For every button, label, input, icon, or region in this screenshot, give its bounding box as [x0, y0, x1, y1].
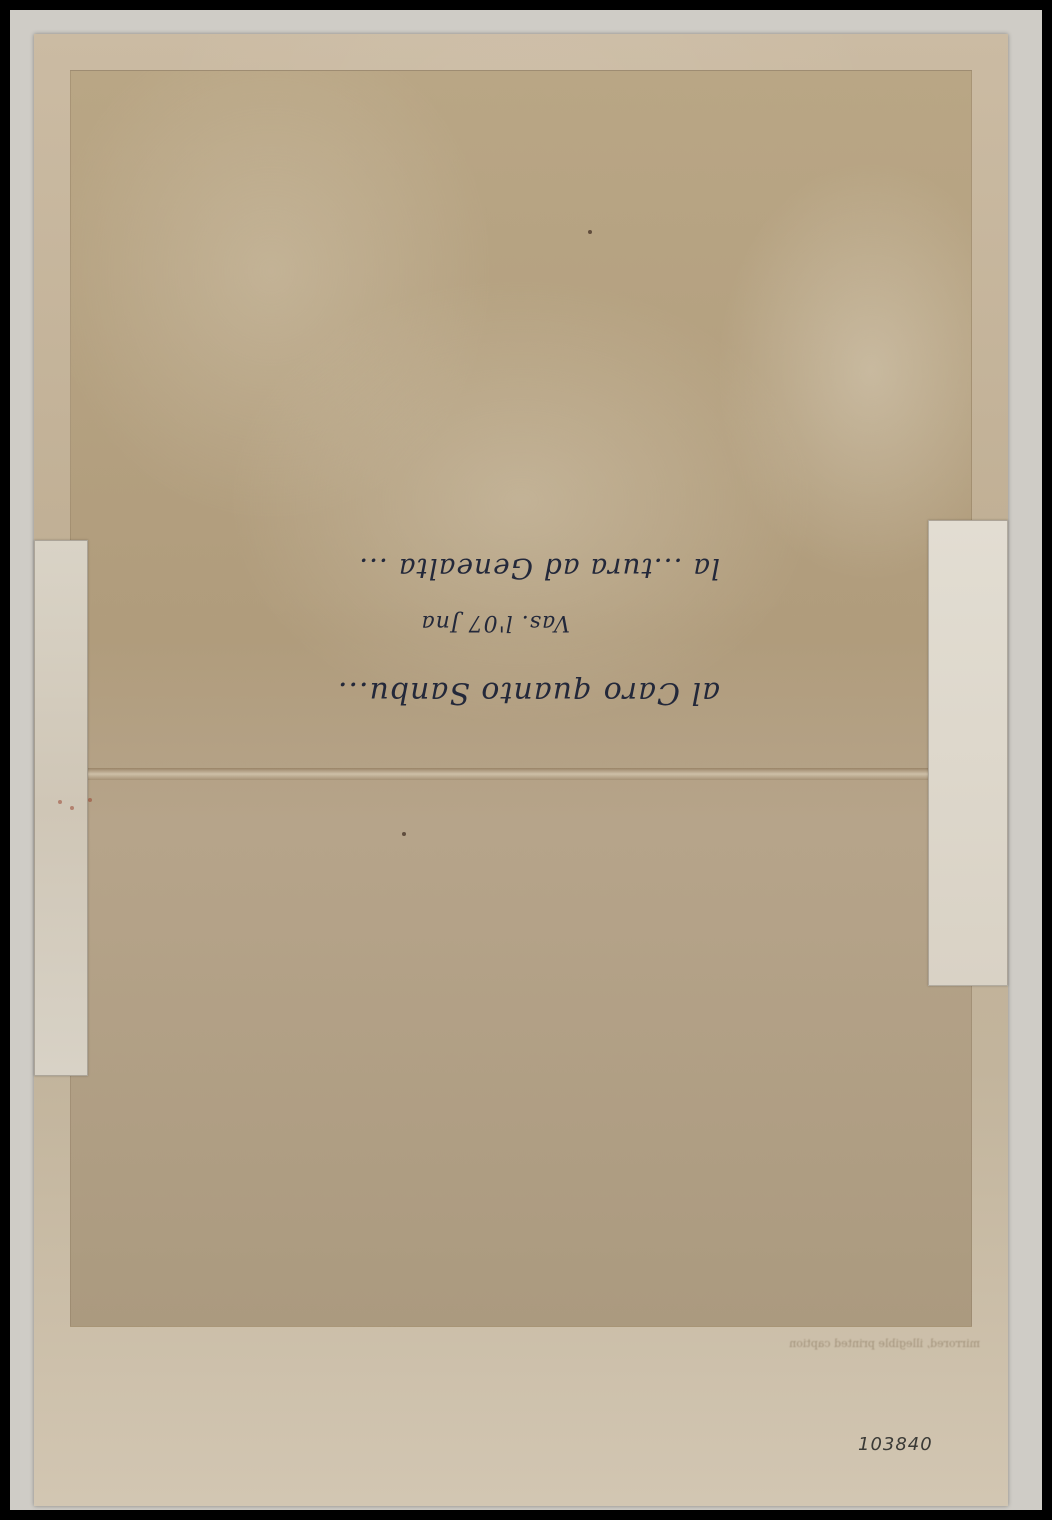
right-hinge-strip — [928, 520, 1008, 986]
inscription-line: la ...tura ad Genealta ... — [358, 552, 720, 585]
ink-dot — [402, 832, 406, 836]
inscription-line: al Caro quanto Sanbu... — [337, 675, 720, 710]
inventory-number: 103840 — [858, 1434, 933, 1455]
mirrored-caption-show-through: mirrored, illegible printed caption — [80, 1335, 980, 1420]
foxing-stain — [70, 806, 74, 810]
ink-dot — [588, 230, 592, 234]
foxing-stain — [88, 798, 92, 802]
inscription-line: Vas. l'07 Jna — [421, 610, 570, 635]
left-hinge-strip — [34, 540, 88, 1076]
horizontal-fold-line — [70, 768, 970, 780]
foxing-stain — [58, 800, 62, 804]
handwritten-inscription: al Caro quanto Sanbu... Vas. l'07 Jna la… — [250, 530, 720, 720]
